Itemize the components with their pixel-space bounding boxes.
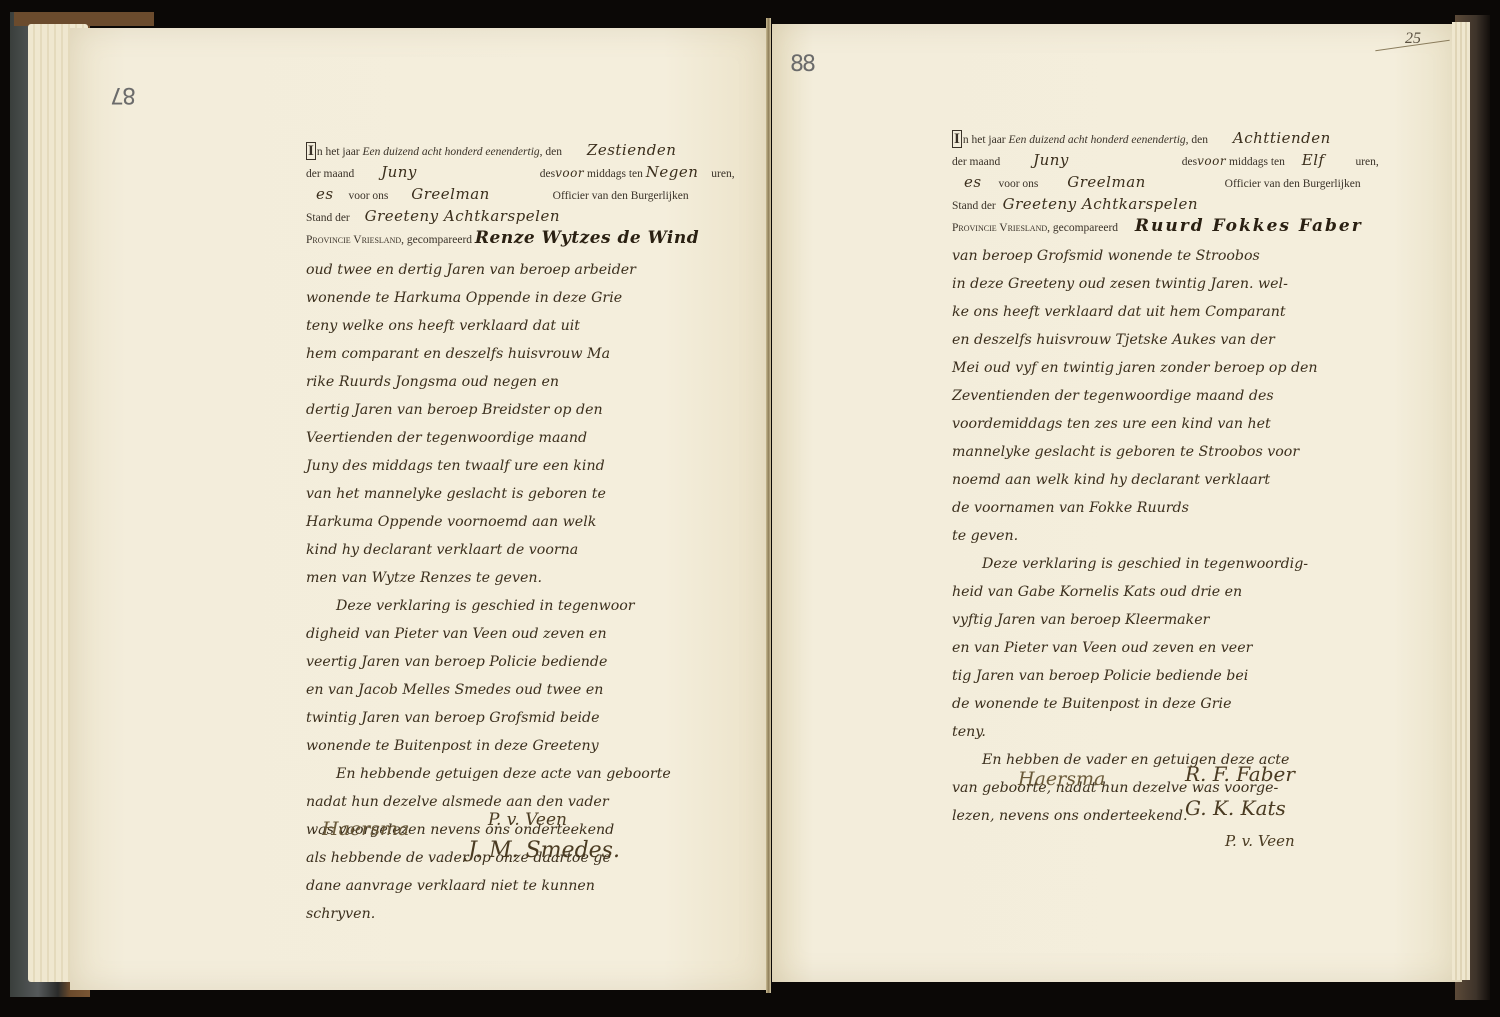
day-entry: Zestienden	[587, 141, 677, 159]
declarant-name: Ruurd Fokkes Faber	[1135, 216, 1363, 236]
officer-name: Greelman	[1067, 173, 1146, 191]
decorative-initial-i: I	[306, 142, 316, 160]
folio-number-right: 88	[790, 52, 814, 77]
page-edges-right	[1452, 22, 1470, 980]
form-line-3: es voor ons Greelman Officier van den Bu…	[952, 172, 1442, 194]
signature-officer-left: Haersma	[322, 818, 409, 840]
signature-witness-1-right: G. K. Kats	[1185, 796, 1286, 820]
record-body: van beroep Grofsmid wonende te Stroobos …	[952, 242, 1442, 830]
day-entry: Achttienden	[1233, 129, 1331, 147]
form-line-1: In het jaar Een duizend acht honderd een…	[952, 128, 1442, 150]
form-line-2: der maand Juny desvoor middags ten Negen…	[306, 162, 771, 184]
form-line-1: In het jaar Een duizend acht honderd een…	[306, 140, 771, 162]
municipality-entry: Greeteny Achtkarspelen	[1003, 195, 1198, 213]
witness-paragraph: Deze verklaring is geschied in tegenwoor…	[952, 550, 1442, 578]
decorative-initial-i: I	[952, 130, 962, 148]
hour-entry: Negen	[646, 163, 699, 181]
form-line-5: Provincie Vriesland, gecompareerd Ruurd …	[952, 216, 1442, 238]
closing-paragraph: En hebbende getuigen deze acte van geboo…	[306, 760, 771, 788]
form-line-4: Stand der Greeteny Achtkarspelen	[306, 206, 771, 228]
signature-witness-2-right: P. v. Veen	[1225, 832, 1295, 850]
folio-number-left: 87	[112, 82, 136, 107]
form-line-3: es voor ons Greelman Officier van den Bu…	[306, 184, 771, 206]
form-line-5: Provincie Vriesland, gecompareerd Renze …	[306, 228, 771, 250]
month-entry: Juny	[1033, 151, 1069, 169]
form-line-4: Stand der Greeteny Achtkarspelen	[952, 194, 1442, 216]
signature-officer-right: Haersma	[1018, 768, 1105, 790]
witness-paragraph: Deze verklaring is geschied in tegenwoor	[306, 592, 771, 620]
declarant-name: Renze Wytzes de Wind	[475, 228, 699, 248]
signature-witness-2-left: J. M. Smedes.	[468, 838, 620, 863]
municipality-entry: Greeteny Achtkarspelen	[365, 207, 560, 225]
hour-entry: Elf	[1302, 151, 1325, 169]
birth-record-right: In het jaar Een duizend acht honderd een…	[952, 128, 1442, 830]
month-entry: Juny	[381, 163, 417, 181]
signature-witness-1-left: P. v. Veen	[488, 810, 567, 830]
book-spine-gutter	[766, 18, 771, 993]
form-line-2: der maand Juny desvoor middags ten Elf u…	[952, 150, 1442, 172]
officer-name: Greelman	[411, 185, 490, 203]
signature-father-right: R. F. Faber	[1185, 762, 1295, 786]
